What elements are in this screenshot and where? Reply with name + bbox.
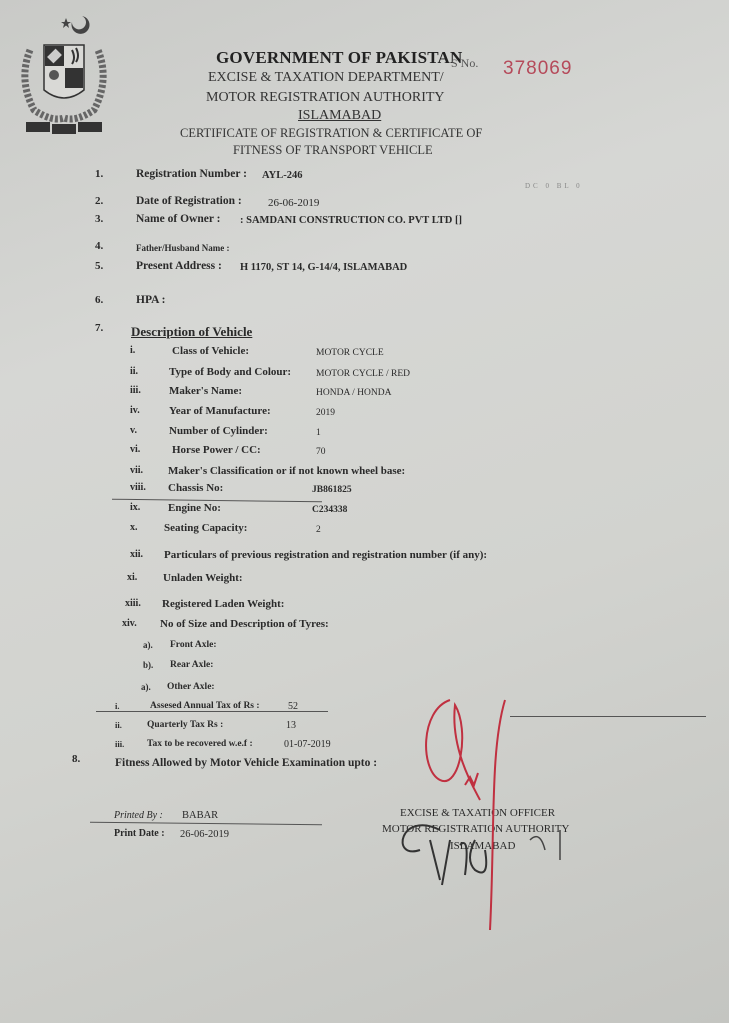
tyre-item-number: b). — [143, 660, 153, 670]
vehicle-item-value: 70 — [316, 447, 326, 457]
serial-number: 378069 — [503, 58, 572, 80]
tyre-item-label: Rear Axle: — [170, 660, 213, 670]
tax-item-value: 13 — [286, 720, 296, 731]
tax-item-value: 01-07-2019 — [284, 739, 331, 750]
faint-stamp-mark: DC 0 BL 0 — [525, 182, 583, 190]
vehicle-item-number: x. — [130, 522, 138, 533]
print-date-label: Print Date : — [114, 828, 165, 839]
field-value: AYL-246 — [262, 170, 302, 181]
vehicle-item-number: i. — [130, 345, 135, 356]
vehicle-item-number: vii. — [130, 465, 143, 476]
tax-item-label: Quarterly Tax Rs : — [147, 720, 223, 730]
tax-item-number: i. — [115, 701, 120, 711]
vehicle-item-number: xiv. — [122, 618, 137, 629]
vehicle-item-label: Class of Vehicle: — [172, 345, 249, 357]
field-number: 6. — [95, 294, 103, 306]
tyre-item-number: a). — [143, 640, 153, 650]
vehicle-item-value: HONDA / HONDA — [316, 388, 391, 398]
pakistan-state-emblem-icon — [12, 10, 116, 140]
vehicle-item-label: Unladen Weight: — [163, 572, 243, 584]
vehicle-item-number: viii. — [130, 482, 146, 493]
vehicle-item-label: Engine No: — [168, 502, 221, 514]
vehicle-item-label: Horse Power / CC: — [172, 444, 261, 456]
vehicle-item-label: Number of Cylinder: — [169, 425, 268, 437]
printed-by-value: BABAR — [182, 810, 218, 821]
print-date-value: 26-06-2019 — [180, 829, 229, 840]
registration-certificate: GOVERNMENT OF PAKISTAN S No. 378069 EXCI… — [0, 0, 729, 1023]
header-department: EXCISE & TAXATION DEPARTMENT/ — [208, 70, 444, 86]
vehicle-item-label: Chassis No: — [168, 482, 223, 494]
tyre-item-number: a). — [141, 682, 151, 692]
header-government: GOVERNMENT OF PAKISTAN — [216, 48, 463, 68]
vehicle-item-label: Type of Body and Colour: — [169, 366, 291, 378]
field-number: 5. — [95, 260, 103, 272]
vehicle-item-label: Registered Laden Weight: — [162, 598, 284, 610]
fitness-label: Fitness Allowed by Motor Vehicle Examina… — [115, 757, 377, 769]
vehicle-item-value: JB861825 — [312, 485, 352, 495]
field-number: 7. — [95, 322, 103, 334]
printed-by-label: Printed By : — [114, 810, 163, 821]
vehicle-item-label: Maker's Name: — [169, 385, 242, 397]
signature-icon — [380, 690, 580, 940]
certificate-title: CERTIFICATE OF REGISTRATION & CERTIFICAT… — [180, 126, 482, 141]
header-city: ISLAMABAD — [298, 108, 381, 124]
vehicle-item-label: Seating Capacity: — [164, 522, 247, 534]
vehicle-item-value: MOTOR CYCLE / RED — [316, 369, 410, 379]
field-label: HPA : — [136, 294, 166, 306]
field-label: Father/Husband Name : — [136, 243, 230, 253]
serial-prefix: S No. — [451, 56, 478, 71]
vehicle-item-number: xi. — [127, 572, 137, 583]
vehicle-item-number: iv. — [130, 405, 140, 416]
header-authority: MOTOR REGISTRATION AUTHORITY — [206, 90, 445, 106]
tax-item-number: ii. — [115, 720, 122, 730]
vehicle-item-label: Year of Manufacture: — [169, 405, 271, 417]
vehicle-item-number: vi. — [130, 444, 140, 455]
field-number: 4. — [95, 240, 103, 252]
tax-item-label: Assesed Annual Tax of Rs : — [150, 701, 260, 711]
fitness-num: 8. — [72, 753, 80, 765]
vehicle-item-value: 2019 — [316, 408, 335, 418]
vehicle-item-value: 1 — [316, 428, 321, 438]
tyre-item-label: Other Axle: — [167, 682, 215, 692]
divider — [96, 711, 328, 712]
field-label: Registration Number : — [136, 168, 247, 180]
vehicle-item-number: v. — [130, 425, 137, 436]
tyre-item-label: Front Axle: — [170, 640, 217, 650]
vehicle-item-number: ix. — [130, 502, 140, 513]
tax-item-number: iii. — [115, 739, 124, 749]
vehicle-item-label: Maker's Classification or if not known w… — [168, 465, 405, 477]
vehicle-item-value: MOTOR CYCLE — [316, 348, 384, 358]
vehicle-item-value: 2 — [316, 525, 321, 535]
vehicle-item-value: C234338 — [312, 505, 347, 515]
field-label: Description of Vehicle — [131, 324, 252, 340]
field-label: Present Address : — [136, 260, 222, 272]
vehicle-item-number: xii. — [130, 549, 143, 560]
field-label: Date of Registration : — [136, 195, 242, 207]
field-value: 26-06-2019 — [268, 197, 319, 209]
tax-item-label: Tax to be recovered w.e.f : — [147, 739, 253, 749]
field-value: : SAMDANI CONSTRUCTION CO. PVT LTD [] — [240, 215, 462, 226]
vehicle-item-number: ii. — [130, 366, 138, 377]
vehicle-item-number: iii. — [130, 385, 141, 396]
field-value: H 1170, ST 14, G-14/4, ISLAMABAD — [240, 262, 407, 273]
vehicle-item-label: Particulars of previous registration and… — [164, 549, 487, 561]
field-number: 1. — [95, 168, 103, 180]
divider — [90, 822, 322, 825]
vehicle-item-number: xiii. — [125, 598, 141, 609]
field-number: 2. — [95, 195, 103, 207]
field-label: Name of Owner : — [136, 213, 220, 225]
certificate-subtitle: FITNESS OF TRANSPORT VEHICLE — [233, 143, 433, 158]
field-number: 3. — [95, 213, 103, 225]
vehicle-item-label: No of Size and Description of Tyres: — [160, 618, 329, 630]
